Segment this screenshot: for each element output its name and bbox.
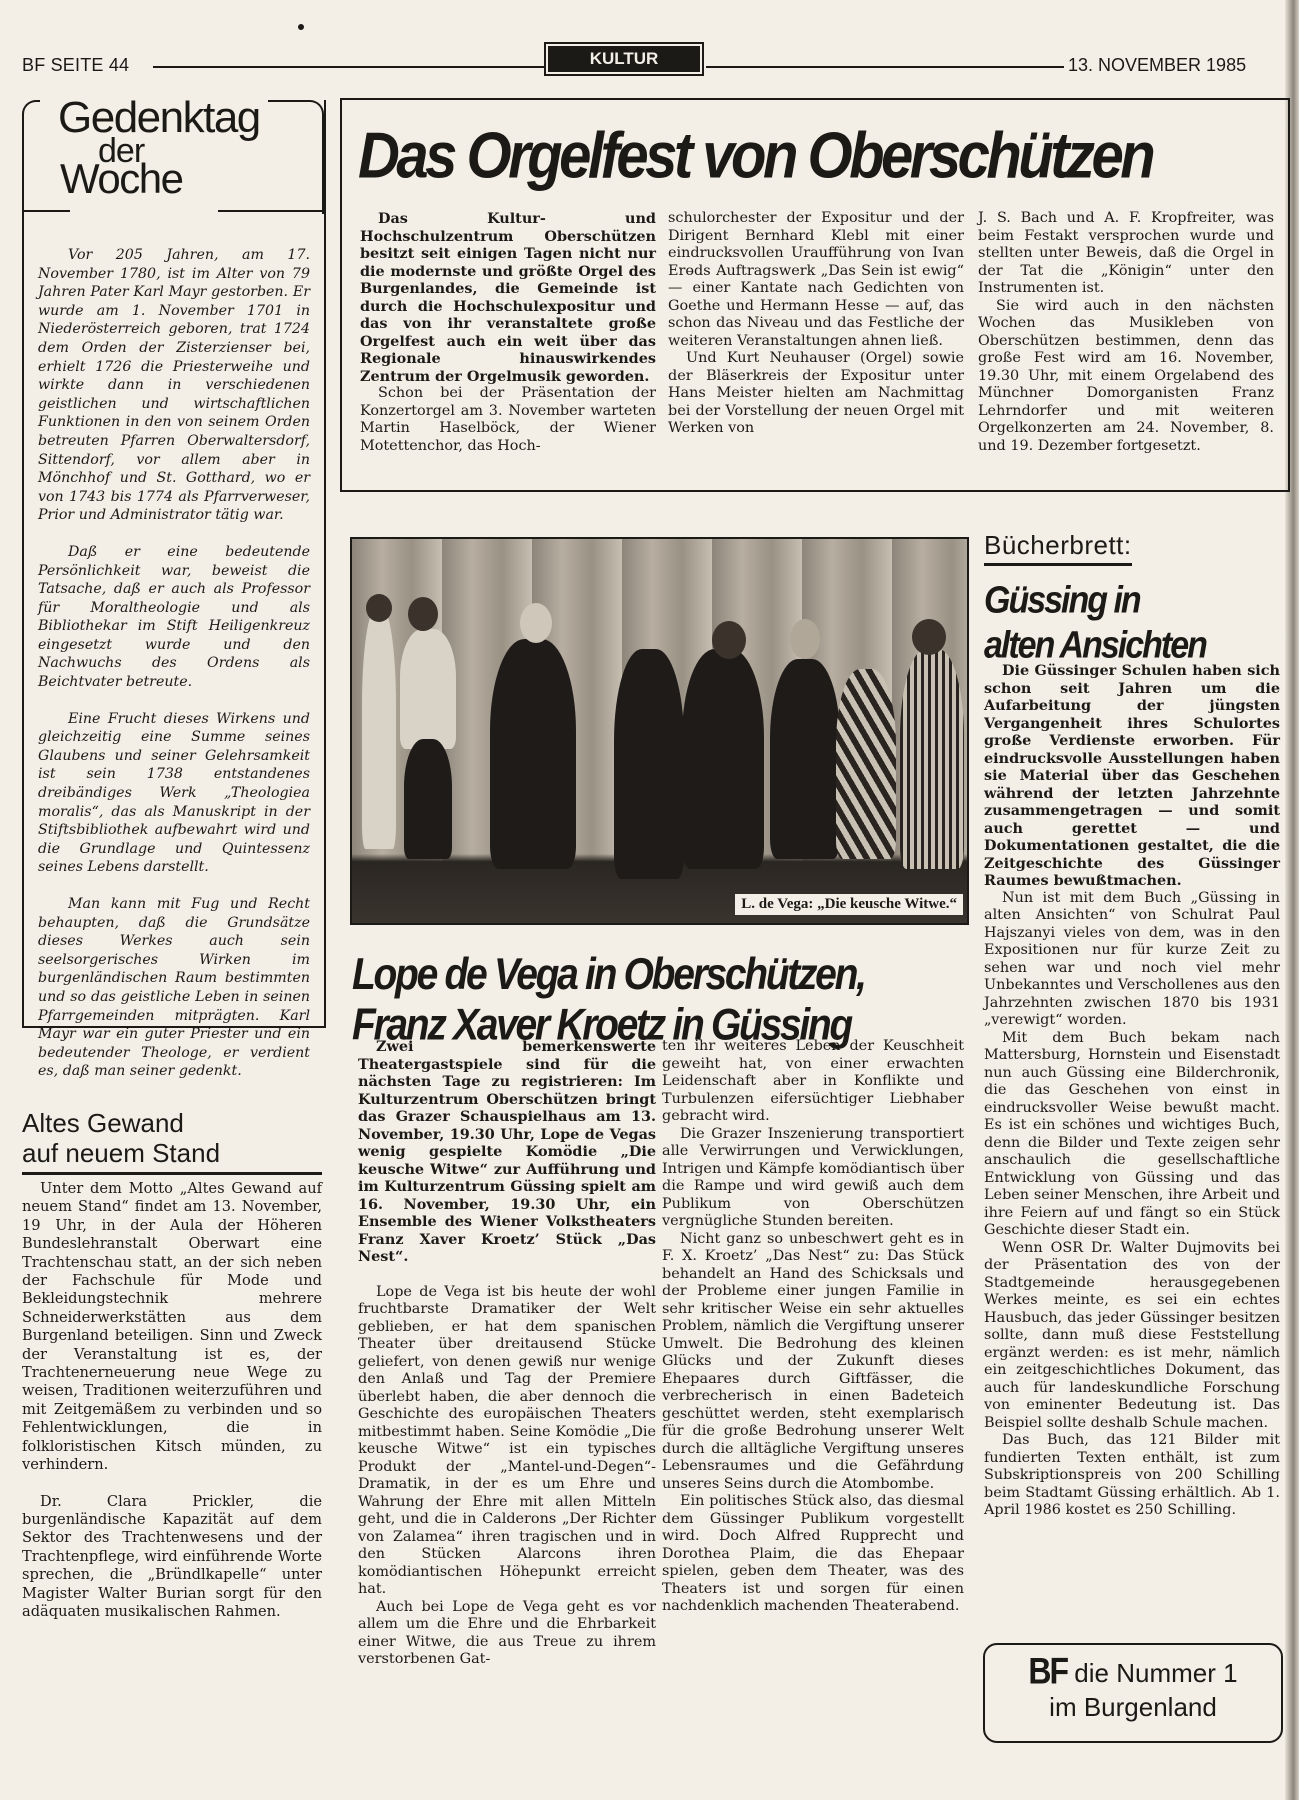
lope-column-1: Zwei bemerkenswerte Theatergastspiele si… bbox=[358, 1038, 656, 1669]
lope-paragraph: Auch bei Lope de Vega geht es vor allem … bbox=[358, 1599, 656, 1669]
actor-figure bbox=[490, 639, 576, 869]
photo-caption: L. de Vega: „Die keusche Witwe.“ bbox=[735, 894, 963, 915]
lope-headline: Lope de Vega in Oberschützen, Franz Xave… bbox=[352, 950, 865, 1051]
orgelfest-headline: Das Orgelfest von Oberschützen bbox=[358, 118, 1152, 193]
altes-gewand-headline: Altes Gewand auf neuem Stand bbox=[22, 1108, 322, 1175]
gedenktag-body: Vor 205 Jahren, am 17. November 1780, is… bbox=[38, 246, 310, 1099]
lope-paragraph: Lope de Vega ist bis heute der wohl fruc… bbox=[358, 1284, 656, 1599]
actor-figure bbox=[682, 649, 764, 869]
lope-paragraph: ten ihr weiteres Leben der Keuschheit ge… bbox=[662, 1038, 964, 1126]
bf-advert-box: BF die Nummer 1 im Burgenland bbox=[983, 1643, 1283, 1743]
advert-line1: BF die Nummer 1 bbox=[985, 1653, 1281, 1690]
orgelfest-column-1: Das Kultur- und Hochschulzentrum Obersch… bbox=[360, 210, 656, 455]
actor-figure bbox=[400, 629, 456, 749]
actor-head bbox=[520, 603, 552, 643]
actor-figure bbox=[900, 649, 964, 869]
buecherbrett-paragraph: Das Buch, das 121 Bilder mit fundierten … bbox=[984, 1432, 1280, 1520]
advert-text-line1: die Nummer 1 bbox=[1074, 1658, 1237, 1688]
buecherbrett-headline: Güssing in alten Ansichten bbox=[984, 578, 1206, 668]
actor-figure bbox=[614, 649, 684, 879]
actor-figure bbox=[770, 659, 840, 859]
buecherbrett-paragraph: Wenn OSR Dr. Walter Dujmovits bei der Pr… bbox=[984, 1240, 1280, 1433]
orgelfest-column-2: schulorchester der Expositur und der Dir… bbox=[668, 210, 964, 438]
altes-gewand-headline-line1: Altes Gewand bbox=[22, 1108, 322, 1138]
buecherbrett-lead: Die Güssinger Schulen haben sich schon s… bbox=[984, 662, 1280, 890]
page-number-label: BF SEITE 44 bbox=[22, 55, 129, 76]
buecherbrett-body: Die Güssinger Schulen haben sich schon s… bbox=[984, 662, 1280, 1520]
orgelfest-paragraph: J. S. Bach und A. F. Kropfreiter, was be… bbox=[978, 210, 1274, 298]
gedenktag-title: Gedenktag der Woche bbox=[58, 96, 260, 200]
bf-logo: BF bbox=[1028, 1650, 1067, 1693]
buecherbrett-paragraph: Nun ist mit dem Buch „Güssing in alten A… bbox=[984, 890, 1280, 1030]
header-rule-right bbox=[706, 66, 1064, 68]
actor-head bbox=[408, 597, 438, 631]
section-label: KULTUR bbox=[548, 46, 700, 72]
lope-column-2: ten ihr weiteres Leben der Keuschheit ge… bbox=[662, 1038, 964, 1616]
gedenktag-paragraph: Vor 205 Jahren, am 17. November 1780, is… bbox=[38, 246, 310, 525]
issue-date: 13. NOVEMBER 1985 bbox=[1068, 55, 1246, 76]
altes-gewand-headline-line2: auf neuem Stand bbox=[22, 1138, 322, 1168]
lope-headline-line1: Lope de Vega in Oberschützen, bbox=[352, 950, 865, 1001]
actor-head bbox=[790, 619, 820, 659]
actor-figure bbox=[404, 739, 452, 859]
actor-head bbox=[712, 621, 746, 659]
gedenktag-title-rule-right bbox=[218, 210, 322, 212]
buecherbrett-headline-line1: Güssing in bbox=[984, 578, 1206, 623]
orgelfest-paragraph: Sie wird auch in den nächsten Wochen das… bbox=[978, 298, 1274, 456]
gedenktag-paragraph: Man kann mit Fug und Recht behaupten, da… bbox=[38, 895, 310, 1081]
orgelfest-lead: Das Kultur- und Hochschulzentrum Obersch… bbox=[360, 210, 656, 385]
lope-lead: Zwei bemerkenswerte Theatergastspiele si… bbox=[358, 1038, 656, 1266]
altes-gewand-paragraph: Dr. Clara Prickler, die burgenländische … bbox=[22, 1493, 322, 1622]
buecherbrett-paragraph: Mit dem Buch bekam nach Mattersburg, Hor… bbox=[984, 1030, 1280, 1240]
orgelfest-paragraph: Schon bei der Präsentation der Konzertor… bbox=[360, 385, 656, 455]
gedenktag-frame-tr bbox=[268, 100, 324, 214]
advert-text-line2: im Burgenland bbox=[985, 1692, 1281, 1723]
actor-figure bbox=[362, 609, 396, 849]
buecherbrett-label: Bücherbrett: bbox=[984, 530, 1132, 566]
orgelfest-paragraph: Und Kurt Neuhauser (Orgel) sowie der Blä… bbox=[668, 350, 964, 438]
theater-photo: L. de Vega: „Die keusche Witwe.“ bbox=[350, 537, 969, 925]
orgelfest-paragraph: schulorchester der Expositur und der Dir… bbox=[668, 210, 964, 350]
orgelfest-column-3: J. S. Bach und A. F. Kropfreiter, was be… bbox=[978, 210, 1274, 455]
actor-figure bbox=[836, 669, 896, 859]
gedenktag-title-line1: Gedenktag bbox=[58, 96, 260, 140]
actor-head bbox=[912, 619, 946, 655]
altes-gewand-body: Unter dem Motto „Altes Gewand auf neuem … bbox=[22, 1180, 322, 1639]
buecherbrett-headline-line2: alten Ansichten bbox=[984, 623, 1206, 668]
print-speck bbox=[298, 24, 304, 30]
gedenktag-title-line3: Woche bbox=[60, 158, 260, 200]
actor-head bbox=[366, 594, 392, 622]
lope-paragraph: Nicht ganz so unbeschwert geht es in F. … bbox=[662, 1231, 964, 1494]
lope-paragraph: Die Grazer Inszenierung transportiert al… bbox=[662, 1126, 964, 1231]
gedenktag-frame-tl bbox=[22, 100, 40, 214]
altes-gewand-paragraph: Unter dem Motto „Altes Gewand auf neuem … bbox=[22, 1180, 322, 1475]
lope-paragraph: Ein politisches Stück also, das diesmal … bbox=[662, 1493, 964, 1616]
gedenktag-paragraph: Daß er eine bedeutende Persönlichkeit wa… bbox=[38, 543, 310, 692]
header-rule-left bbox=[153, 66, 546, 68]
gedenktag-paragraph: Eine Frucht dieses Wirkens und gleichzei… bbox=[38, 710, 310, 877]
gedenktag-title-rule-left bbox=[22, 210, 70, 212]
